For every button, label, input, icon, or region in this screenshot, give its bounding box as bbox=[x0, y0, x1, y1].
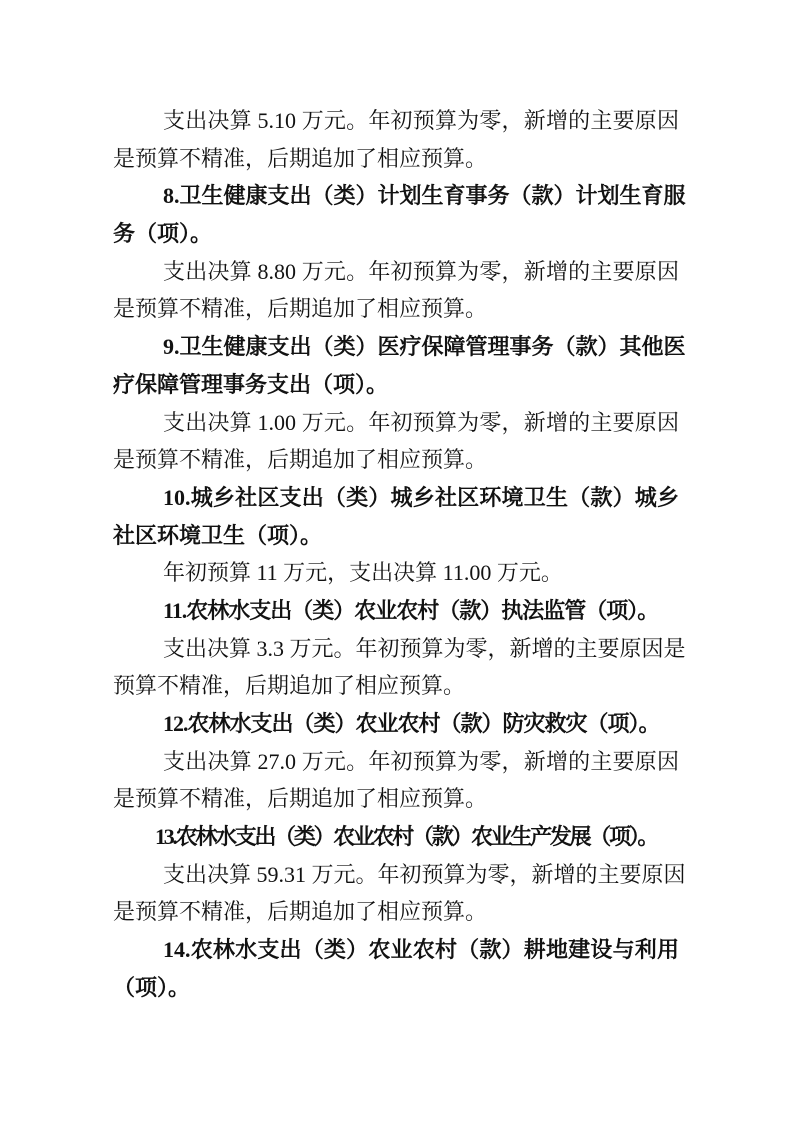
body-line: 年初预算 11 万元，支出决算 11.00 万元。 bbox=[113, 554, 679, 592]
body-line: 是预算不精准，后期追加了相应预算。 bbox=[113, 441, 679, 479]
heading-line-item-9: 9.卫生健康支出（类）医疗保障管理事务（款）其他医 bbox=[113, 328, 679, 366]
body-line: 是预算不精准，后期追加了相应预算。 bbox=[113, 290, 679, 328]
heading-line-item-9: 疗保障管理事务支出（项）。 bbox=[113, 366, 679, 404]
heading-line-item-14: 14.农林水支出（类）农业农村（款）耕地建设与利用 bbox=[113, 931, 679, 969]
body-line: 支出决算 8.80 万元。年初预算为零，新增的主要原因 bbox=[113, 253, 679, 291]
heading-line-item-12: 12.农林水支出（类）农业农村（款）防灾救灾（项）。 bbox=[113, 705, 679, 743]
body-line: 是预算不精准，后期追加了相应预算。 bbox=[113, 140, 679, 178]
body-line: 支出决算 5.10 万元。年初预算为零，新增的主要原因 bbox=[113, 102, 679, 140]
body-line: 支出决算 3.3 万元。年初预算为零，新增的主要原因是 bbox=[113, 630, 679, 668]
heading-line-item-10: 10.城乡社区支出（类）城乡社区环境卫生（款）城乡 bbox=[113, 479, 679, 517]
body-line: 支出决算 27.0 万元。年初预算为零，新增的主要原因 bbox=[113, 743, 679, 781]
document-content: 支出决算 5.10 万元。年初预算为零，新增的主要原因 是预算不精准，后期追加了… bbox=[113, 102, 679, 1007]
body-line: 支出决算 59.31 万元。年初预算为零，新增的主要原因 bbox=[113, 856, 679, 894]
heading-line-item-10: 社区环境卫生（项）。 bbox=[113, 517, 679, 555]
document-page: 支出决算 5.10 万元。年初预算为零，新增的主要原因 是预算不精准，后期追加了… bbox=[0, 0, 793, 1122]
body-line: 是预算不精准，后期追加了相应预算。 bbox=[113, 893, 679, 931]
body-line: 是预算不精准，后期追加了相应预算。 bbox=[113, 780, 679, 818]
heading-line-item-8: 务（项）。 bbox=[113, 215, 679, 253]
body-line: 支出决算 1.00 万元。年初预算为零，新增的主要原因 bbox=[113, 404, 679, 442]
heading-line-item-8: 8.卫生健康支出（类）计划生育事务（款）计划生育服 bbox=[113, 177, 679, 215]
heading-line-item-14: （项）。 bbox=[113, 969, 679, 1007]
heading-line-item-13: 13.农林水支出（类）农业农村（款）农业生产发展（项）。 bbox=[113, 818, 679, 856]
body-line: 预算不精准，后期追加了相应预算。 bbox=[113, 667, 679, 705]
heading-line-item-11: 11.农林水支出（类）农业农村（款）执法监管（项）。 bbox=[113, 592, 679, 630]
